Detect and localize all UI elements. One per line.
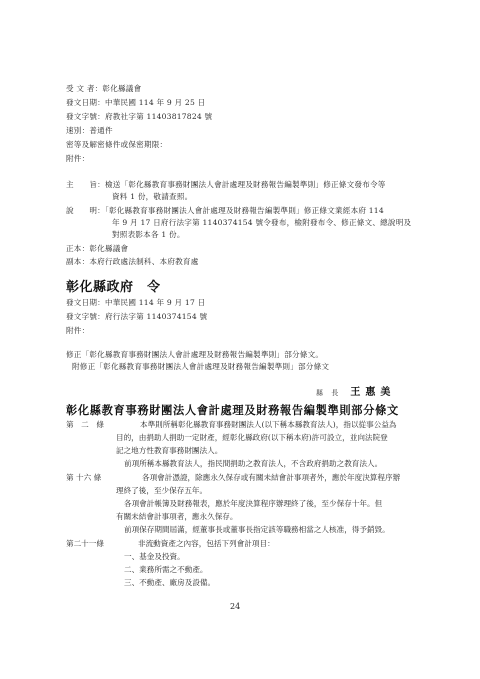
article-21-item-1: 一、基金及投資。 (124, 552, 185, 562)
article-2-line-1: 第 二 條本準則所稱彰化縣教育事務財團法人(以下稱本縣教育法人)，指以從事公益為 (66, 420, 397, 430)
article-label: 第 二 條 (66, 420, 130, 430)
secrecy-line: 密等及解密條件或保密期限： (66, 140, 167, 150)
subject-line-1: 主 旨：檢送「彰化縣教育事務財團法人會計處理及財務報告編製準則」修正條文發布令等 (66, 180, 386, 190)
attachment-line: 附件： (66, 154, 89, 164)
article-16-line-4: 有關未結會計事項者，應永久保存。 (116, 512, 238, 522)
copy-line: 副本：本府行政處法制科、本府教育處 (66, 257, 199, 267)
article-label: 第 十六 條 (66, 473, 130, 483)
order-attachment-line: 附件： (66, 326, 89, 336)
article-21-item-3: 三、不動產、廠房及設備。 (124, 578, 215, 588)
order-text-line-1: 修正「彰化縣教育事務財團法人會計處理及財務報告編製準則」部分條文。 (66, 350, 323, 360)
article-16-line-2: 理終了後，至少保存五年。 (116, 486, 207, 496)
regulation-title: 彰化縣教育事務財團法人會計處理及財務報告編製準則部分條文 (66, 402, 399, 418)
article-2-line-3: 記之地方性教育事務財團法人。 (116, 446, 222, 456)
send-date-line: 發文日期：中華民國 114 年 9 月 25 日 (66, 98, 205, 108)
signer-label: 縣 長 (316, 389, 341, 397)
signature-block: 縣 長 王惠美 (316, 380, 395, 399)
article-2-line-2: 目的，由捐助人捐助一定財產，經彰化縣政府(以下稱本府)許可設立，並向法院登 (116, 433, 388, 443)
doc-number-line: 發文字號：府教社字第 11403817824 號 (66, 112, 212, 122)
explain-line-1: 說 明：「彰化縣教育事務財團法人會計處理及財務報告編製準則」修正條文業經本府 1… (66, 206, 384, 216)
page-number: 24 (230, 602, 240, 611)
order-date-line: 發文日期：中華民國 114 年 9 月 17 日 (66, 298, 205, 308)
article-16-line-1: 第 十六 條各項會計憑證，除應永久保存或有關未結會計事項者外，應於年度決算程序辦 (66, 473, 400, 483)
article-21-line-1: 第二十一條非流動資產之內容，包括下列會計項目： (66, 539, 275, 549)
article-16-line-3: 各項會計帳簿及財務報表，應於年度決算程序辦理終了後，至少保存十年。但 (124, 499, 382, 509)
order-doc-number-line: 發文字號：府行法字第 1140374154 號 (66, 312, 207, 322)
recipient-line: 受 文 者：彰化縣議會 (66, 84, 141, 94)
order-text-line-2: 附修正「彰化縣教育事務財團法人會計處理及財務報告編製準則」部分條文 (72, 362, 329, 372)
signer-name: 王惠美 (350, 387, 395, 398)
speed-line: 速別：普通件 (66, 126, 113, 136)
subject-line-2: 資料 1 份，敬請查照。 (112, 192, 192, 202)
article-21-item-2: 二、業務所需之不動產。 (124, 565, 208, 575)
explain-line-3: 對照表影本各 1 份。 (112, 230, 185, 240)
explain-line-2: 年 9 月 17 日府行法字第 1140374154 號令發布，檢附發布令、修正… (112, 218, 411, 228)
article-label: 第二十一條 (66, 539, 130, 549)
original-line: 正本：彰化縣議會 (66, 244, 128, 254)
article-16-line-5: 前項保存期間屆滿，經董事長或董事長指定該等職務相當之人核准，得予銷毀。 (124, 525, 390, 535)
article-2-line-4: 前項所稱本縣教育法人，指民間捐助之教育法人，不含政府捐助之教育法人。 (124, 459, 382, 469)
order-title: 彰化縣政府 令 (66, 276, 161, 295)
